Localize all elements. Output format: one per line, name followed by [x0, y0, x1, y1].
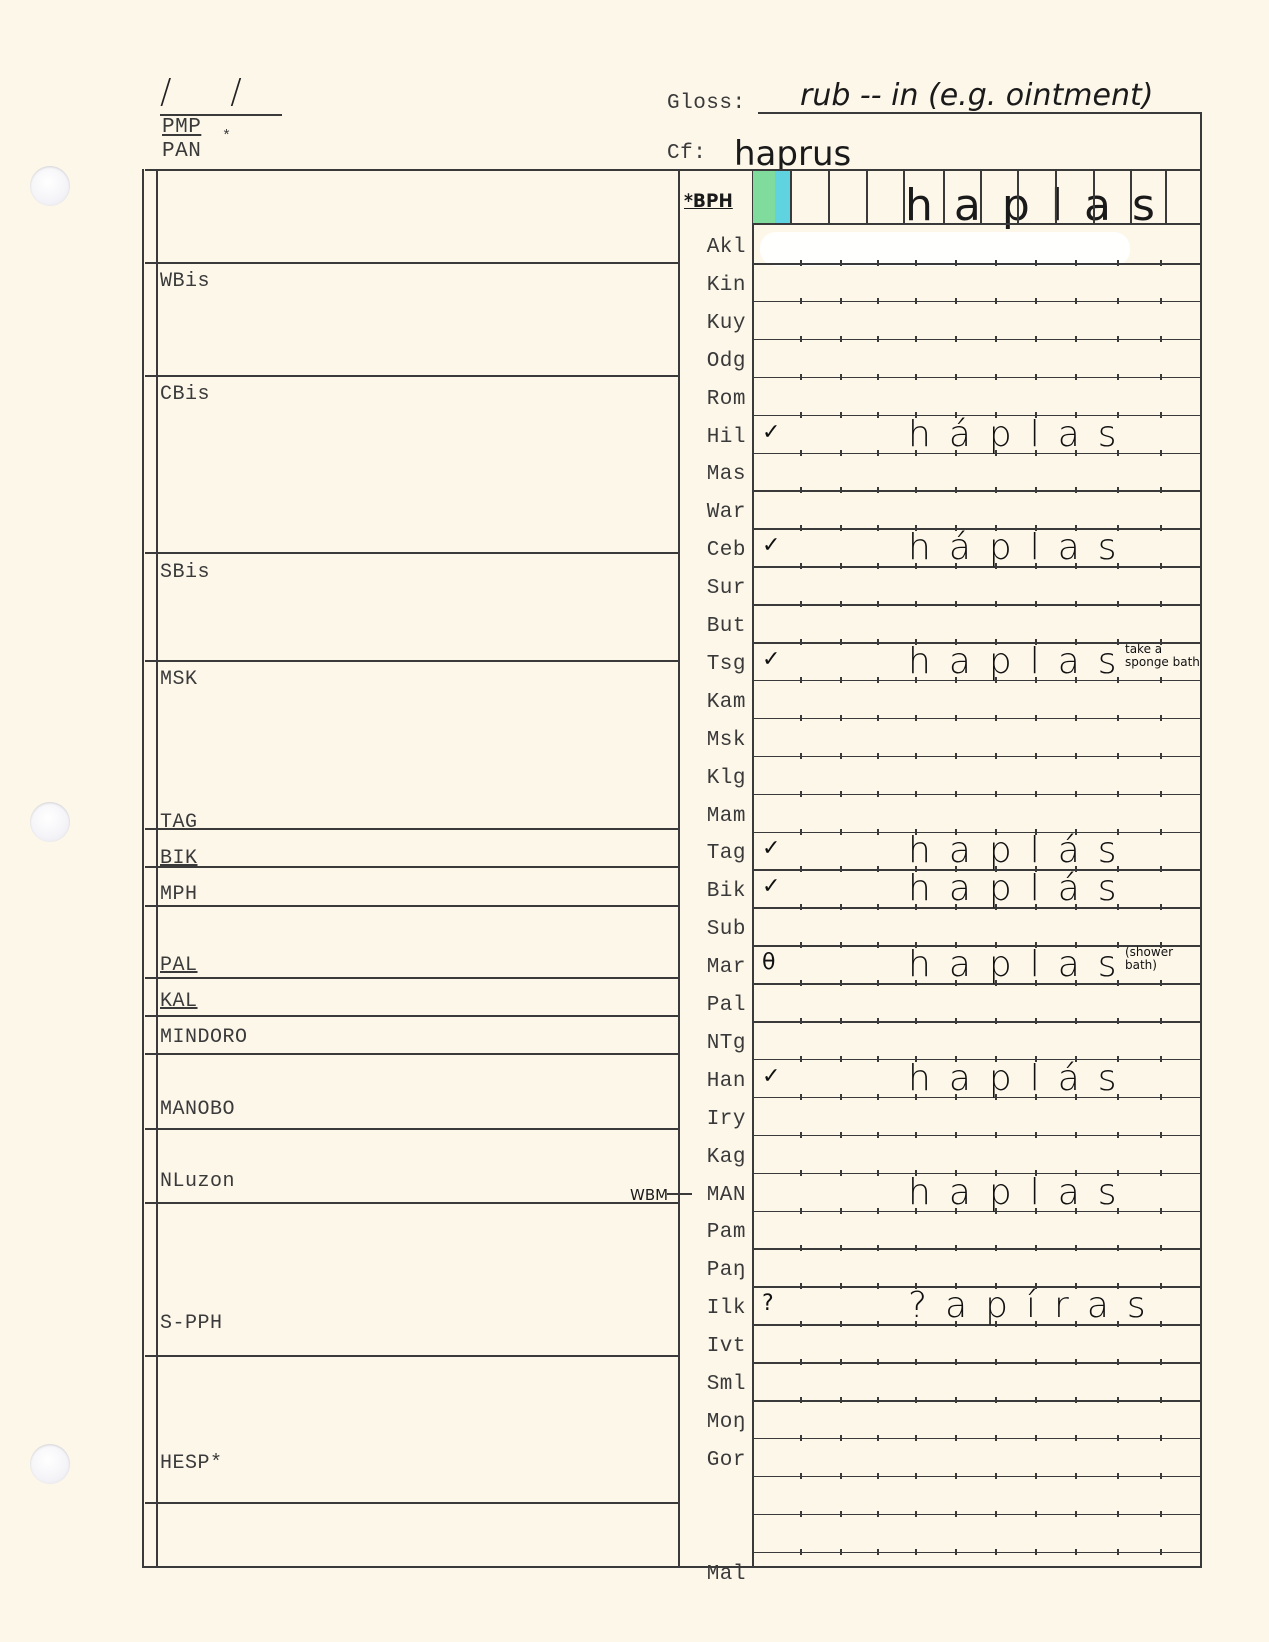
row-tick [800, 450, 802, 456]
binder-hole-bottom [30, 1444, 70, 1484]
row-tick [955, 715, 957, 721]
group-divider [145, 1202, 678, 1204]
row-tick [915, 1397, 917, 1403]
cognate-form: ?apíras [908, 1285, 1164, 1326]
row-tick [800, 866, 802, 872]
language-code: Kin [680, 274, 746, 297]
pan-label: PAN [162, 140, 201, 163]
row-tick [1075, 1132, 1077, 1138]
row-tick [877, 260, 879, 266]
row-line [752, 1400, 1202, 1402]
row-tick [800, 829, 802, 835]
row-tick [800, 942, 802, 948]
row-tick [1075, 601, 1077, 607]
row-tick [1035, 260, 1037, 266]
row-tick [955, 1132, 957, 1138]
row-tick [915, 601, 917, 607]
row-tick [800, 374, 802, 380]
row-tick [1117, 1132, 1119, 1138]
row-tick [800, 260, 802, 266]
row-line [752, 1476, 1202, 1478]
group-label: SBis [160, 561, 210, 584]
row-tick [840, 298, 842, 304]
row-tick [800, 980, 802, 986]
row-tick [1075, 1435, 1077, 1441]
row-tick [995, 1359, 997, 1365]
row-tick [800, 412, 802, 418]
group-divider [145, 1355, 678, 1357]
date-slashes: / / [160, 72, 266, 112]
row-tick [800, 1473, 802, 1479]
row-tick [800, 336, 802, 342]
row-tick [995, 1549, 997, 1555]
group-divider [145, 1502, 678, 1504]
row-tick [877, 1359, 879, 1365]
row-tick [995, 487, 997, 493]
row-tick [915, 1473, 917, 1479]
row-tick [840, 1473, 842, 1479]
row-tick [995, 1397, 997, 1403]
group-divider [145, 977, 678, 979]
row-tick [1035, 298, 1037, 304]
row-tick [877, 563, 879, 569]
row-tick [840, 1208, 842, 1214]
row-tick [840, 677, 842, 683]
pmp-label: PMP [162, 116, 201, 139]
reconstruction-cell-divider [903, 171, 905, 224]
row-tick [955, 791, 957, 797]
row-tick [1160, 487, 1162, 493]
row-tick [1160, 1397, 1162, 1403]
language-code: Sub [680, 918, 746, 941]
checkmark-icon: ✓ [762, 647, 780, 672]
checkmark-icon: ✓ [762, 533, 780, 558]
row-tick [1035, 1435, 1037, 1441]
row-tick [995, 298, 997, 304]
highlight-blue [775, 171, 790, 223]
row-tick [840, 791, 842, 797]
language-code: NTg [680, 1032, 746, 1055]
language-column-divider [752, 169, 754, 1567]
row-tick [995, 1132, 997, 1138]
row-tick [1117, 715, 1119, 721]
language-code: Klg [680, 767, 746, 790]
group-divider [145, 375, 678, 377]
row-tick [1160, 450, 1162, 456]
row-tick [877, 1549, 879, 1555]
row-tick [877, 1094, 879, 1100]
reconstruction-cell-divider [1093, 171, 1095, 224]
row-tick [1117, 336, 1119, 342]
row-tick [955, 1435, 957, 1441]
row-tick [800, 1397, 802, 1403]
language-code: Msk [680, 729, 746, 752]
cognate-form: háplas [908, 414, 1135, 455]
reconstruction-row-line [752, 223, 1202, 225]
row-tick [1035, 1245, 1037, 1251]
row-tick [840, 336, 842, 342]
asterisk-mark: * [222, 128, 232, 145]
row-tick [840, 1245, 842, 1251]
language-code: Moŋ [680, 1411, 746, 1434]
row-tick [840, 942, 842, 948]
group-label: NLuzon [160, 1170, 235, 1193]
row-line [752, 301, 1202, 303]
row-tick [800, 1132, 802, 1138]
row-tick [800, 601, 802, 607]
reconstruction-cell-divider [943, 171, 945, 224]
row-tick [1075, 374, 1077, 380]
row-line [752, 1514, 1202, 1516]
row-tick [840, 601, 842, 607]
table-bottom-border [142, 1566, 1202, 1568]
group-label: MSK [160, 668, 198, 691]
row-tick [955, 298, 957, 304]
row-tick [840, 1321, 842, 1327]
row-tick [1035, 1549, 1037, 1555]
row-tick [800, 1208, 802, 1214]
language-code: Tsg [680, 653, 746, 676]
row-tick [1117, 1359, 1119, 1365]
row-tick [800, 904, 802, 910]
row-line [752, 1021, 1202, 1023]
group-divider [145, 660, 678, 662]
language-code: Ceb [680, 539, 746, 562]
row-tick [840, 980, 842, 986]
row-line [752, 1362, 1202, 1364]
row-tick [915, 1435, 917, 1441]
row-tick [915, 1359, 917, 1365]
row-tick [840, 1283, 842, 1289]
language-code: Kam [680, 691, 746, 714]
row-tick [1160, 753, 1162, 759]
row-tick [955, 1397, 957, 1403]
row-tick [877, 1283, 879, 1289]
binder-hole-middle [30, 802, 70, 842]
theta-mark: θ [762, 950, 775, 975]
row-tick [995, 1018, 997, 1024]
row-tick [915, 1511, 917, 1517]
row-tick [1160, 980, 1162, 986]
row-tick [915, 487, 917, 493]
row-tick [840, 1018, 842, 1024]
group-label: TAG [160, 811, 198, 834]
row-tick [955, 487, 957, 493]
reconstruction-cell-divider [1130, 171, 1132, 224]
cognate-form: haplás [908, 868, 1135, 909]
row-tick [1117, 1245, 1119, 1251]
row-tick [877, 1170, 879, 1176]
gloss-value: rub -- in (e.g. ointment) [800, 78, 1153, 113]
group-divider [145, 828, 678, 830]
row-line [752, 1552, 1202, 1554]
row-line [752, 490, 1202, 492]
row-tick [800, 298, 802, 304]
reconstruction-cell-divider [790, 171, 792, 224]
row-tick [1035, 487, 1037, 493]
group-divider [145, 552, 678, 554]
row-tick [1075, 791, 1077, 797]
row-tick [1117, 1549, 1119, 1555]
row-tick [1160, 601, 1162, 607]
row-tick [840, 1549, 842, 1555]
row-tick [840, 1511, 842, 1517]
row-tick [955, 1018, 957, 1024]
row-tick [800, 677, 802, 683]
row-tick [1160, 1208, 1162, 1214]
table-left-inner-border [156, 169, 158, 1567]
row-tick [955, 336, 957, 342]
group-divider [145, 1128, 678, 1130]
row-tick [955, 260, 957, 266]
row-tick [1075, 1397, 1077, 1403]
row-tick [877, 791, 879, 797]
row-tick [1160, 1132, 1162, 1138]
row-tick [955, 1511, 957, 1517]
row-tick [1035, 1473, 1037, 1479]
row-tick [1160, 1245, 1162, 1251]
group-label: MINDORO [160, 1026, 248, 1049]
row-line [752, 377, 1202, 379]
language-code: But [680, 615, 746, 638]
row-tick [1117, 298, 1119, 304]
language-code: Sml [680, 1373, 746, 1396]
row-tick [840, 525, 842, 531]
row-tick [800, 563, 802, 569]
group-label: S-PPH [160, 1312, 223, 1335]
language-code: Iry [680, 1108, 746, 1131]
row-tick [915, 1018, 917, 1024]
binder-hole-top [30, 166, 70, 206]
row-tick [840, 1094, 842, 1100]
row-tick [877, 677, 879, 683]
row-tick [1075, 1245, 1077, 1251]
row-tick [877, 1435, 879, 1441]
row-tick [877, 1245, 879, 1251]
row-tick [1075, 298, 1077, 304]
row-tick [1117, 601, 1119, 607]
row-tick [995, 1435, 997, 1441]
row-tick [1160, 336, 1162, 342]
row-tick [840, 374, 842, 380]
row-tick [995, 1473, 997, 1479]
row-tick [877, 298, 879, 304]
row-tick [877, 601, 879, 607]
row-tick [1075, 1549, 1077, 1555]
row-tick [800, 753, 802, 759]
highlight-green [753, 171, 775, 223]
row-tick [877, 1397, 879, 1403]
row-tick [1160, 412, 1162, 418]
cognate-form: haplas [908, 944, 1135, 985]
row-tick [915, 1549, 917, 1555]
row-tick [840, 904, 842, 910]
group-divider [145, 262, 678, 264]
row-tick [955, 1245, 957, 1251]
row-line [752, 339, 1202, 341]
row-tick [1160, 829, 1162, 835]
row-tick [1075, 715, 1077, 721]
row-tick [800, 487, 802, 493]
row-tick [1035, 791, 1037, 797]
row-tick [1160, 260, 1162, 266]
row-tick [840, 1435, 842, 1441]
row-tick [995, 1511, 997, 1517]
row-tick [1035, 374, 1037, 380]
row-line [752, 1135, 1202, 1137]
row-tick [1160, 374, 1162, 380]
row-tick [1117, 1397, 1119, 1403]
row-tick [995, 374, 997, 380]
table-top-border [145, 169, 1200, 171]
row-tick [1117, 753, 1119, 759]
table-left-border [142, 169, 144, 1567]
reconstruction-label: *BPH [684, 190, 733, 212]
language-code: Tag [680, 842, 746, 865]
checkmark-icon: ✓ [762, 874, 780, 899]
row-tick [1035, 1132, 1037, 1138]
group-divider [145, 866, 678, 868]
row-tick [1160, 1018, 1162, 1024]
row-tick [877, 487, 879, 493]
row-tick [1160, 866, 1162, 872]
row-tick [877, 904, 879, 910]
row-tick [995, 601, 997, 607]
language-code: Kuy [680, 312, 746, 335]
row-tick [915, 715, 917, 721]
row-tick [1117, 374, 1119, 380]
language-code: War [680, 501, 746, 524]
row-tick [1075, 1018, 1077, 1024]
group-label: HESP* [160, 1452, 223, 1475]
row-tick [877, 1473, 879, 1479]
row-tick [800, 1283, 802, 1289]
language-code: Mal [680, 1563, 746, 1586]
row-tick [840, 829, 842, 835]
row-tick [877, 336, 879, 342]
language-code: Ivt [680, 1335, 746, 1358]
language-code: Kag [680, 1146, 746, 1169]
table-right-border [1200, 112, 1202, 1568]
row-tick [915, 1132, 917, 1138]
row-tick [840, 1170, 842, 1176]
row-tick [1160, 1473, 1162, 1479]
row-tick [800, 1549, 802, 1555]
row-tick [877, 639, 879, 645]
row-tick [955, 1549, 957, 1555]
wbm-connector [667, 1193, 692, 1195]
row-tick [1075, 1473, 1077, 1479]
reconstruction-cell-divider [1165, 171, 1167, 224]
row-tick [877, 1511, 879, 1517]
group-label: PAL [160, 954, 198, 977]
row-tick [877, 829, 879, 835]
row-tick [915, 260, 917, 266]
language-code: Mas [680, 463, 746, 486]
checkmark-icon: ✓ [762, 420, 780, 445]
row-line [752, 604, 1202, 606]
row-tick [995, 1245, 997, 1251]
row-tick [995, 260, 997, 266]
row-tick [915, 753, 917, 759]
row-tick [877, 1208, 879, 1214]
row-tick [1160, 677, 1162, 683]
row-tick [1035, 601, 1037, 607]
row-tick [800, 1094, 802, 1100]
row-tick [1160, 525, 1162, 531]
row-tick [1117, 1018, 1119, 1024]
row-tick [1035, 1511, 1037, 1517]
row-line [752, 718, 1202, 720]
row-tick [877, 1321, 879, 1327]
language-code: Akl [680, 236, 746, 259]
cognate-form: haplas [908, 1172, 1135, 1213]
language-code: Bik [680, 880, 746, 903]
row-tick [840, 715, 842, 721]
gloss-note: take a sponge bath [1125, 643, 1205, 669]
row-tick [840, 563, 842, 569]
row-tick [840, 1359, 842, 1365]
row-tick [877, 525, 879, 531]
row-tick [840, 450, 842, 456]
row-tick [1160, 715, 1162, 721]
reconstruction-cell-divider [980, 171, 982, 224]
row-tick [877, 374, 879, 380]
row-tick [840, 866, 842, 872]
row-tick [1117, 1435, 1119, 1441]
row-tick [1117, 260, 1119, 266]
row-tick [877, 866, 879, 872]
row-tick [915, 374, 917, 380]
language-code: Sur [680, 577, 746, 600]
reconstruction-cell-divider [1017, 171, 1019, 224]
row-tick [1160, 1170, 1162, 1176]
row-tick [1117, 791, 1119, 797]
row-tick [800, 1435, 802, 1441]
row-tick [1035, 753, 1037, 759]
row-tick [840, 753, 842, 759]
row-tick [800, 639, 802, 645]
row-tick [840, 1056, 842, 1062]
row-tick [800, 1511, 802, 1517]
language-code: Paŋ [680, 1259, 746, 1282]
group-label: KAL [160, 990, 198, 1013]
row-tick [877, 412, 879, 418]
row-tick [877, 1056, 879, 1062]
row-tick [1075, 1511, 1077, 1517]
row-tick [1035, 1018, 1037, 1024]
reconstruction-cell-divider [866, 171, 868, 224]
language-code: Pam [680, 1221, 746, 1244]
row-tick [1075, 753, 1077, 759]
reconstruction-cell-divider [828, 171, 830, 224]
cf-value: haprus [734, 134, 851, 174]
row-tick [840, 412, 842, 418]
row-tick [800, 1170, 802, 1176]
language-code: Rom [680, 388, 746, 411]
row-tick [1160, 298, 1162, 304]
row-tick [840, 1397, 842, 1403]
group-label: CBis [160, 383, 210, 406]
language-code: Gor [680, 1449, 746, 1472]
language-code: Odg [680, 350, 746, 373]
row-tick [955, 753, 957, 759]
row-tick [995, 791, 997, 797]
row-tick [915, 1245, 917, 1251]
row-tick [995, 336, 997, 342]
row-tick [915, 336, 917, 342]
row-line [752, 1248, 1202, 1250]
